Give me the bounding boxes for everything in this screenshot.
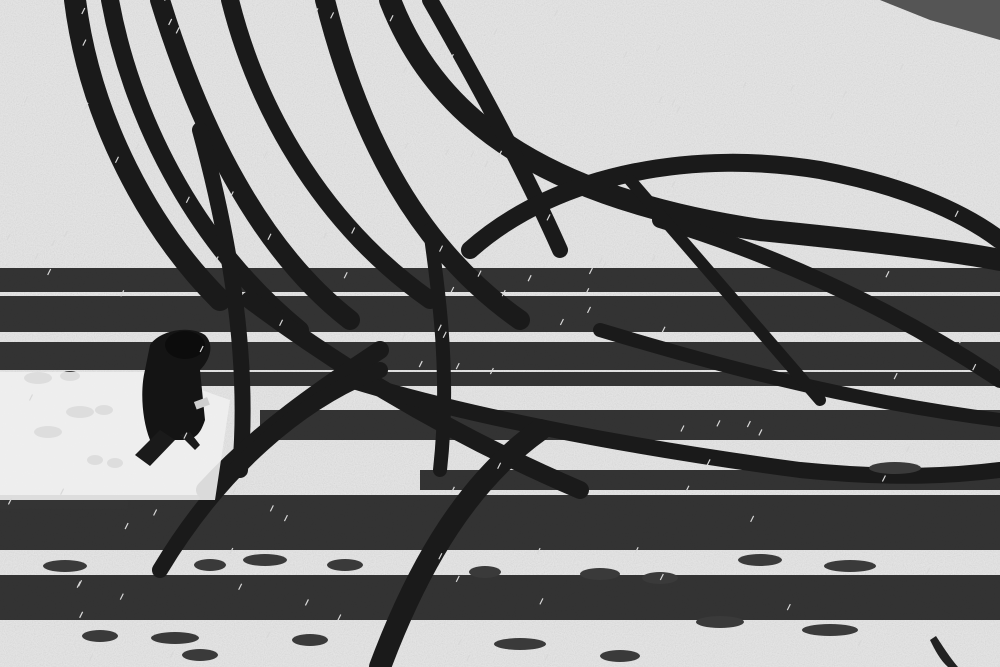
snow-tire-tracks-photo	[0, 0, 1000, 667]
